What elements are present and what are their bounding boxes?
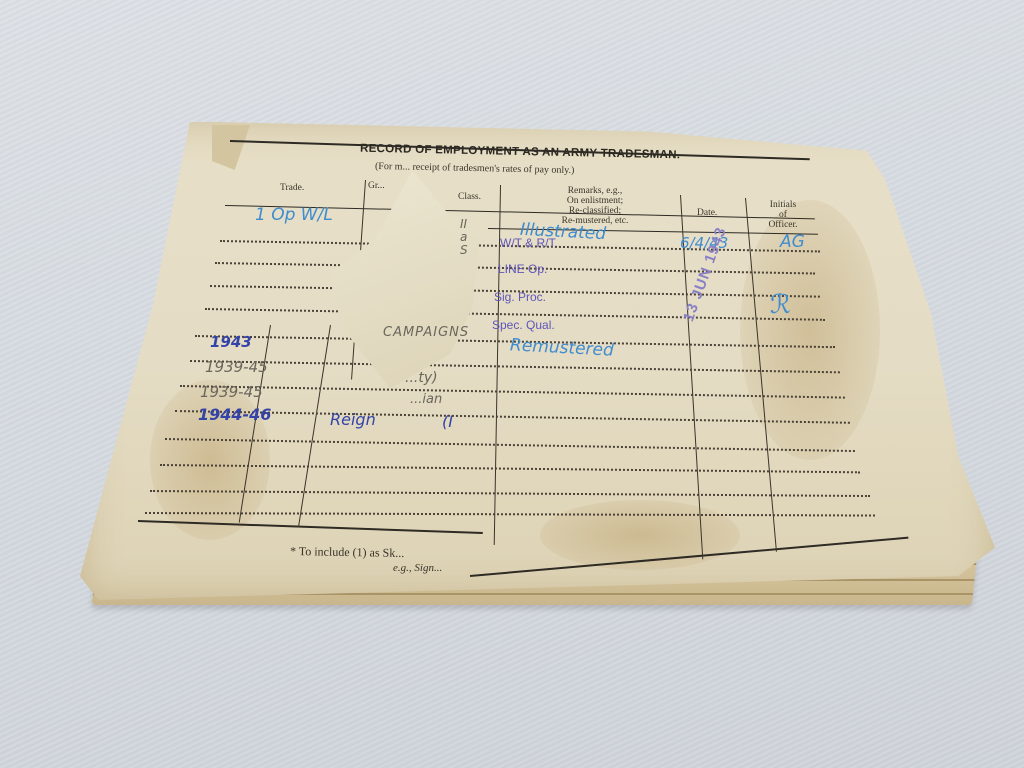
- campaign-entry: ...ian: [410, 392, 442, 407]
- year-entry: 1943: [210, 333, 252, 351]
- col-remarks: Remarks, e.g., On enlistment; Re-classif…: [540, 186, 650, 226]
- qualification-stamp: LINE Op.: [498, 262, 547, 276]
- campaign-entry: Reign: [330, 410, 376, 429]
- qualification-stamp: Sig. Proc.: [494, 290, 546, 304]
- footnote-continued: e.g., Sign...: [393, 562, 442, 574]
- campaign-entry: ...ty): [405, 370, 438, 386]
- officer-signature: ℛ: [770, 290, 791, 320]
- campaigns-label: CAMPAIGNS: [383, 325, 469, 340]
- year-entry: 1939-45: [205, 358, 268, 376]
- col-date: Date.: [697, 208, 717, 218]
- col-initials: Initials of Officer.: [758, 200, 808, 230]
- qualification-stamp: Spec. Qual.: [492, 318, 555, 332]
- water-stain: [150, 380, 270, 540]
- class-entry: II a S: [460, 218, 468, 257]
- campaign-entry: (I: [442, 412, 453, 431]
- col-trade: Trade.: [280, 183, 304, 193]
- officer-initials: AG: [780, 232, 805, 252]
- col-class: Class.: [458, 192, 481, 202]
- trade-entry: 1 Op W/L: [255, 205, 333, 225]
- col-group: Gr...: [368, 181, 385, 191]
- year-entry: 1939-45: [200, 383, 263, 401]
- footnote: * To include (1) as Sk...: [290, 544, 405, 561]
- year-entry: 1944-46: [198, 405, 271, 424]
- qualification-stamp: W/T & R/T: [500, 236, 556, 250]
